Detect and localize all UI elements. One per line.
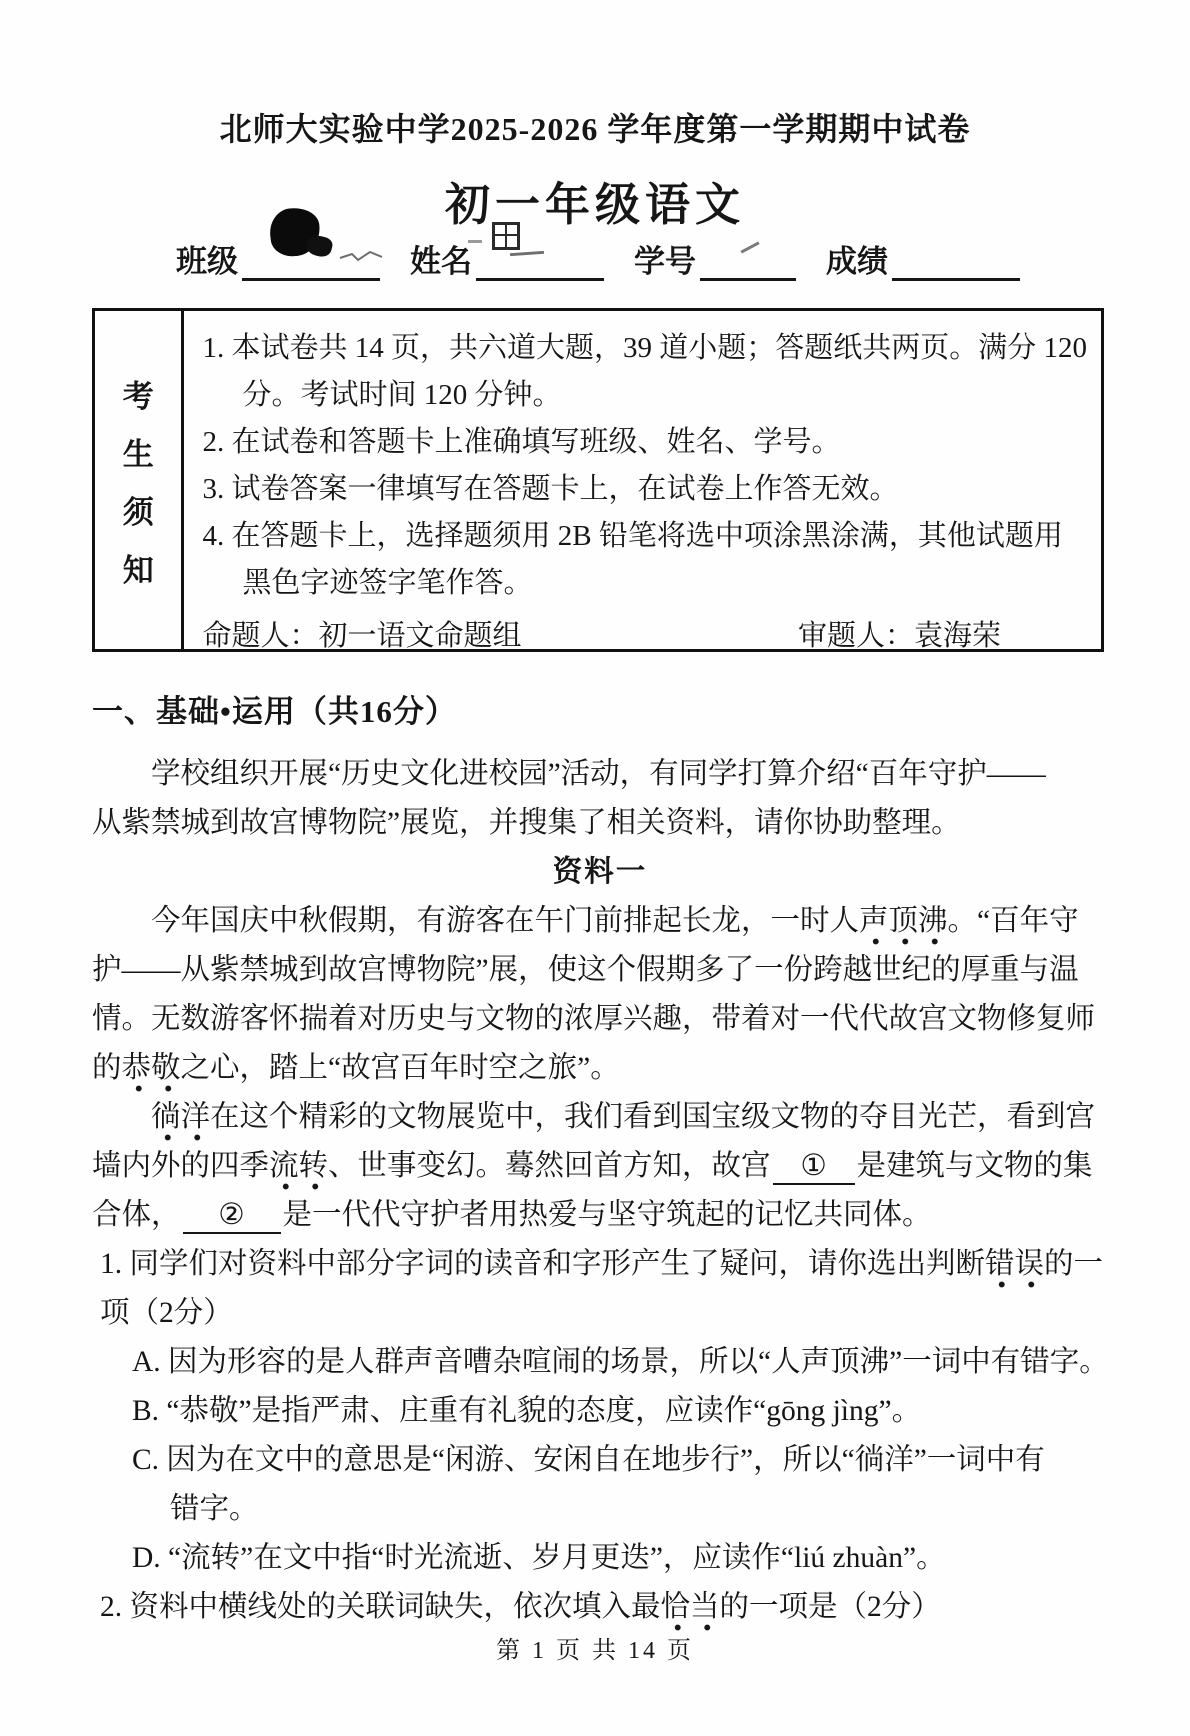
material-1-para-2-line-1: 徜洋在这个精彩的文物展览中，我们看到国宝级文物的夺目光芒，看到宫 xyxy=(92,1093,1108,1142)
student-id-blank-line xyxy=(700,242,796,281)
question-1-line-2: 项（2分） xyxy=(92,1289,1108,1338)
notice-side-char: 生 xyxy=(123,429,154,474)
question-1-option-d: D. “流转”在文中指“时光流逝、岁月更迭”，应读作“liú zhuàn”。 xyxy=(92,1534,1108,1583)
emphasized-word: 恭敬 xyxy=(122,1052,181,1093)
emphasized-word: 流转 xyxy=(269,1150,328,1191)
student-id-label: 学号 xyxy=(634,236,696,281)
question-1-option-a: A. 因为形容的是人群声音嘈杂喧闹的场景，所以“人声顶沸”一词中有错字。 xyxy=(92,1338,1108,1387)
reviewer-name: 审题人：袁海荣 xyxy=(798,613,1001,660)
emphasized-word: 声顶沸 xyxy=(859,905,948,946)
notice-item-3: 3. 试卷答案一律填写在答题卡上，在试卷上作答无效。 xyxy=(202,466,1087,513)
exam-paper-page: { "header": { "school_title": "北师大实验中学20… xyxy=(0,0,1190,1736)
name-field: 姓名 xyxy=(410,236,604,281)
text-run: 是一代代守护者用热爱与坚守筑起的记忆共同体。 xyxy=(283,1199,932,1231)
page-number: 第 1 页 共 14 页 xyxy=(0,1630,1190,1665)
question-1-line-1: 1. 同学们对资料中部分字词的读音和字形产生了疑问，请你选出判断错误的一 xyxy=(92,1240,1108,1289)
class-field: 班级 xyxy=(176,236,380,281)
notice-side-char: 须 xyxy=(123,487,154,532)
text-run: 是建筑与文物的集 xyxy=(857,1150,1093,1182)
material-1-para-2-line-2: 墙内外的四季流转、世事变幻。蓦然回首方知，故宫①是建筑与文物的集 xyxy=(92,1142,1108,1191)
text-run: 在这个精彩的文物展览中，我们看到国宝级文物的夺目光芒，看到宫 xyxy=(210,1101,1095,1133)
school-title: 北师大实验中学2025-2026 学年度第一学期期中试卷 xyxy=(0,104,1190,150)
notice-item-4-line-1: 4. 在答题卡上，选择题须用 2B 铅笔将选中项涂黑涂满，其他试题用 xyxy=(202,513,1087,560)
pencil-mark xyxy=(740,241,759,253)
emphasized-word: 徜洋 xyxy=(151,1101,210,1142)
class-label: 班级 xyxy=(176,236,238,281)
section-1: 一、基础•运用（共16分） 学校组织开展“历史文化进校园”活动，有同学打算介绍“… xyxy=(92,686,1108,1632)
notice-body: 1. 本试卷共 14 页，共六道大题，39 道小题；答题纸共两页。满分 120 … xyxy=(184,311,1101,649)
examinee-notice-box: 考 生 须 知 1. 本试卷共 14 页，共六道大题，39 道小题；答题纸共两页… xyxy=(92,308,1104,652)
question-2-line-1: 2. 资料中横线处的关联词缺失，依次填入最恰当的一项是（2分） xyxy=(92,1583,1108,1632)
name-blank-line xyxy=(476,242,604,281)
intro-line-2: 从紫禁城到故宫博物院”展览，并搜集了相关资料，请你协助整理。 xyxy=(92,799,1108,848)
emphasized-word: 错误 xyxy=(985,1248,1044,1289)
question-1-option-b: B. “恭敬”是指严肃、庄重有礼貌的态度，应读作“gōng jìng”。 xyxy=(92,1387,1108,1436)
notice-item-1-line-1: 1. 本试卷共 14 页，共六道大题，39 道小题；答题纸共两页。满分 120 xyxy=(202,325,1087,372)
fill-blank-2: ② xyxy=(183,1200,281,1234)
name-label: 姓名 xyxy=(410,236,472,281)
notice-item-1-line-2: 分。考试时间 120 分钟。 xyxy=(202,372,1087,419)
material-1-para-1-line-4: 的恭敬之心，踏上“故宫百年时空之旅”。 xyxy=(92,1044,1108,1093)
student-id-field: 学号 xyxy=(634,236,796,281)
text-run: 墙内外的四季 xyxy=(92,1150,269,1182)
text-run: 合体， xyxy=(92,1199,181,1231)
pencil-scribble xyxy=(338,248,384,264)
notice-item-2: 2. 在试卷和答题卡上准确填写班级、姓名、学号。 xyxy=(202,419,1087,466)
text-run: 的一 xyxy=(1044,1248,1103,1280)
material-1-para-2-line-3: 合体，②是一代代守护者用热爱与坚守筑起的记忆共同体。 xyxy=(92,1191,1108,1240)
material-1-para-1-line-2: 护——从紫禁城到故宫博物院”展，使这个假期多了一份跨越世纪的厚重与温 xyxy=(92,946,1108,995)
text-run: 1. 同学们对资料中部分字词的读音和字形产生了疑问，请你选出判断 xyxy=(100,1248,985,1280)
notice-side-label: 考 生 须 知 xyxy=(95,311,184,649)
text-run: 的 xyxy=(92,1052,122,1084)
text-run: 今年国庆中秋假期，有游客在午门前排起长龙，一时人 xyxy=(151,905,859,937)
material-1-heading: 资料一 xyxy=(92,848,1108,897)
setter-reviewer-row: 命题人：初一语文命题组 审题人：袁海荣 xyxy=(202,613,1087,660)
emphasized-word: 恰当 xyxy=(661,1591,720,1632)
notice-item-4-line-2: 黑色字迹签字笔作答。 xyxy=(202,560,1087,607)
score-field: 成绩 xyxy=(826,236,1020,281)
notice-side-char: 知 xyxy=(123,545,154,590)
notice-side-char: 考 xyxy=(123,371,154,416)
score-blank-line xyxy=(892,242,1020,281)
text-run: 、世事变幻。蓦然回首方知，故宫 xyxy=(328,1150,771,1182)
pencil-mark xyxy=(510,251,544,256)
intro-line-1: 学校组织开展“历史文化进校园”活动，有同学打算介绍“百年守护—— xyxy=(92,750,1108,799)
material-1-para-1-line-3: 情。无数游客怀揣着对历史与文物的浓厚兴趣，带着对一代代故宫文物修复师 xyxy=(92,995,1108,1044)
question-1-option-c-line-2: 错字。 xyxy=(92,1485,1108,1534)
class-blank-line xyxy=(242,242,380,281)
text-run: 之心，踏上“故宫百年时空之旅”。 xyxy=(181,1052,620,1084)
score-label: 成绩 xyxy=(826,236,888,281)
material-1-para-1-line-1: 今年国庆中秋假期，有游客在午门前排起长龙，一时人声顶沸。“百年守 xyxy=(92,897,1108,946)
student-info-row: 班级 姓名 学号 成绩 xyxy=(92,236,1104,281)
exam-title: 初一年级语文 xyxy=(0,168,1190,233)
setter-name: 命题人：初一语文命题组 xyxy=(202,613,521,660)
section-1-heading: 一、基础•运用（共16分） xyxy=(92,686,1108,738)
text-run: 。“百年守 xyxy=(948,905,1079,937)
text-run: 的一项是（2分） xyxy=(720,1591,941,1623)
text-run: 2. 资料中横线处的关联词缺失，依次填入最 xyxy=(100,1591,661,1623)
fill-blank-1: ① xyxy=(773,1151,855,1185)
question-1-option-c-line-1: C. 因为在文中的意思是“闲游、安闲自在地步行”，所以“徜洋”一词中有 xyxy=(92,1436,1108,1485)
